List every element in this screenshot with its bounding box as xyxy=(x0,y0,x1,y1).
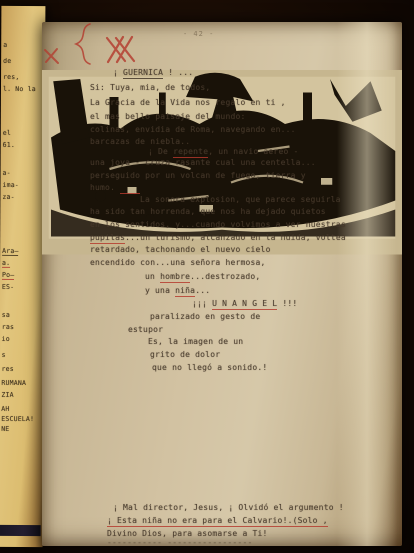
orange-corner-tape xyxy=(356,24,398,78)
typed-line: Si: Tuya, mia, de todos, xyxy=(90,83,210,93)
fragment-text: io xyxy=(2,336,10,343)
typed-line: humo. xyxy=(90,183,140,193)
page-number: - 42 - xyxy=(183,30,214,38)
fragment-text: el xyxy=(3,130,11,137)
fragment-text: res, xyxy=(3,74,20,81)
underlying-page-edge: aderes,l. No lael61.a-ima-za-Ara—a.Po—ES… xyxy=(0,6,45,547)
typed-line: La Gracia de la Vida nos regalo en ti , xyxy=(90,98,286,108)
typed-line: una joya - cruza rasante cual una centel… xyxy=(90,158,316,168)
red-double-x-mark xyxy=(103,34,139,66)
fragment-text: NE xyxy=(1,426,9,433)
fragment-text: a xyxy=(3,42,7,49)
typed-line: retardado, tachonando el nuevo cielo xyxy=(90,245,271,255)
fragment-text: ES- xyxy=(2,284,14,291)
typed-line: ¡¡¡ U N A N G E L !!! xyxy=(192,299,297,309)
typed-line: y una niña... xyxy=(145,286,210,296)
red-x-mark xyxy=(42,46,62,66)
fragment-text: ZIA xyxy=(1,392,13,399)
typed-line: colinas, envidia de Roma, navegando en..… xyxy=(90,125,296,135)
typed-line: encendido con...una señora hermosa, xyxy=(90,258,266,268)
typed-line: que no llegó a sonido.! xyxy=(152,363,267,373)
typed-line: La sonora explosion, que parece seguirla xyxy=(140,195,341,205)
fragment-text: ras xyxy=(2,324,14,331)
typed-line: Es, la imagen de un xyxy=(148,337,243,347)
typed-line: perseguido por un volcan de fuego, tierr… xyxy=(90,171,306,181)
fragment-text: de xyxy=(3,58,11,65)
photographed-manuscript: aderes,l. No lael61.a-ima-za-Ara—a.Po—ES… xyxy=(0,0,414,553)
fragment-text: l. No la xyxy=(3,86,36,93)
typed-line: pupilas...un turismo, alcanzado en la hu… xyxy=(90,233,346,243)
fragment-text: Ara— xyxy=(2,248,19,255)
typed-line: ¡ Esta niña no era para el Calvario!.(So… xyxy=(107,516,328,526)
fragment-text: 61. xyxy=(3,142,15,149)
fragment-text: a- xyxy=(3,170,11,177)
manuscript-page: - 42 - ¡ GUERNICA ! ...Si: Tuya, mia, de… xyxy=(42,22,402,546)
typed-line: un hombre...destrozado, xyxy=(145,272,260,282)
fragment-text: a. xyxy=(2,260,10,267)
typed-line: ¡ De repente, un navio aereo - xyxy=(148,147,299,157)
fragment-text: Po— xyxy=(2,272,14,279)
typed-line: ----------- ----------------- xyxy=(107,538,252,548)
fragment-text: sa xyxy=(2,312,10,319)
underlying-page-stamp-bar xyxy=(0,525,41,536)
typed-line: el mas bello paisaje del mundo: xyxy=(90,112,246,122)
typed-line: ha sido tan horrenda, que nos ha dejado … xyxy=(90,207,326,217)
fragment-text: s xyxy=(2,352,6,359)
fragment-text: ima- xyxy=(2,182,19,189)
typed-line: ¡ Mal director, Jesus, ¡ Olvidó el argum… xyxy=(113,503,344,513)
red-brace-mark xyxy=(72,22,94,66)
typed-line: en los sentidos, y...cuando volvimos a v… xyxy=(90,220,346,230)
typed-line: grito de dolor xyxy=(150,350,220,360)
fragment-text: res xyxy=(1,366,13,373)
typed-line: paralizado en gesto de xyxy=(150,312,260,322)
fragment-text: RUMANA xyxy=(1,380,26,387)
typed-line: barcazas de niebla.. xyxy=(90,137,190,147)
typed-line: ¡ GUERNICA ! ... xyxy=(113,68,193,78)
fragment-text: za- xyxy=(2,194,14,201)
typed-line: estupor xyxy=(128,325,163,335)
fragment-text: AH xyxy=(1,406,9,413)
fragment-text: ESCUELA! xyxy=(1,416,34,423)
